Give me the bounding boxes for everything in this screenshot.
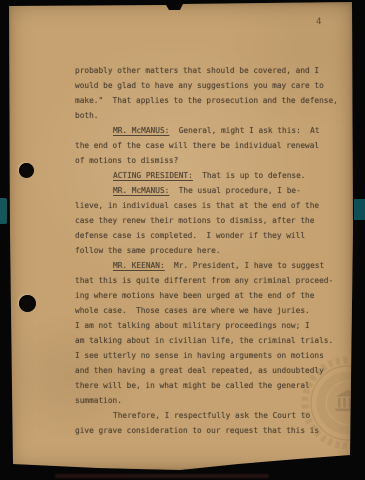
line-text: am talking about in civilian life, the c…	[75, 336, 333, 345]
text-line: MR. KEENAN: Mr. President, I have to sug…	[75, 258, 345, 273]
text-line: would be glad to have any suggestions yo…	[75, 78, 345, 93]
line-text: case they renew their motions to dismiss…	[75, 216, 314, 225]
text-line: probably other matters that should be co…	[75, 63, 345, 78]
line-text: General, might I ask this: At	[169, 126, 319, 135]
line-text: of motions to dismiss?	[75, 156, 178, 165]
line-text: the end of the case will there be indivi…	[75, 141, 319, 150]
text-line: am talking about in civilian life, the c…	[75, 333, 345, 348]
text-line: MR. McMANUS: General, might I ask this: …	[75, 123, 345, 138]
embossed-seal-icon	[301, 356, 365, 450]
text-line: defense case is completed. I wonder if t…	[75, 228, 345, 243]
line-text: That is up to defense.	[193, 171, 306, 180]
line-text: I see utterly no sense in having argumen…	[75, 351, 324, 360]
line-text: make." That applies to the prosecution a…	[75, 96, 338, 105]
text-line: I am not talking about military proceedi…	[75, 318, 345, 333]
text-line: lieve, in individual cases is that at th…	[75, 198, 345, 213]
text-line: case they renew their motions to dismiss…	[75, 213, 345, 228]
line-text: and then having a great deal repeated, a…	[75, 366, 324, 375]
line-text: summation.	[75, 396, 122, 405]
speaker-name: MR. McMANUS:	[113, 126, 169, 135]
binder-strip-left	[0, 198, 7, 224]
speaker-name: MR. McMANUS:	[113, 186, 169, 195]
line-text: ing where motions have been urged at the…	[75, 291, 314, 300]
speaker-name: MR. KEENAN:	[113, 261, 165, 270]
line-text: follow the same procedure here.	[75, 246, 221, 255]
line-text: that this is quite different from any cr…	[75, 276, 333, 285]
text-line: whole case. Those cases are where we hav…	[75, 303, 345, 318]
line-text: I am not talking about military proceedi…	[75, 321, 310, 330]
line-text: give grave consideration to our request …	[75, 426, 319, 435]
text-line: both.	[75, 108, 345, 123]
line-text: lieve, in individual cases is that at th…	[75, 201, 319, 210]
binder-strip-right	[354, 199, 365, 220]
text-line: ACTING PRESIDENT: That is up to defense.	[75, 168, 345, 183]
line-text: probably other matters that should be co…	[75, 66, 319, 75]
text-line: MR. McMANUS: The usual procedure, I be-	[75, 183, 345, 198]
text-line: follow the same procedure here.	[75, 243, 345, 258]
line-text: both.	[75, 111, 98, 120]
line-text: defense case is completed. I wonder if t…	[75, 231, 305, 240]
line-text: The usual procedure, I be-	[169, 186, 300, 195]
transcript-page: 4 probably other matters that should be …	[8, 2, 353, 471]
text-line: the end of the case will there be indivi…	[75, 138, 345, 153]
text-line: ing where motions have been urged at the…	[75, 288, 345, 303]
punch-hole-bottom	[19, 295, 36, 312]
page-number: 4	[316, 17, 321, 27]
line-text: there will be, in what might be called t…	[75, 381, 310, 390]
line-text: would be glad to have any suggestions yo…	[75, 81, 324, 90]
line-text: whole case. Those cases are where we hav…	[75, 306, 310, 315]
text-line: that this is quite different from any cr…	[75, 273, 345, 288]
underlying-page-edge	[55, 474, 269, 478]
punch-hole-top	[19, 163, 34, 178]
text-line: of motions to dismiss?	[75, 153, 345, 168]
line-text: Mr. President, I have to suggest	[165, 261, 325, 270]
line-text: Therefore, I respectfully ask the Court …	[113, 411, 310, 420]
text-line: make." That applies to the prosecution a…	[75, 93, 345, 108]
scanned-document-view: 4 probably other matters that should be …	[0, 0, 365, 480]
speaker-name: ACTING PRESIDENT:	[113, 171, 193, 180]
